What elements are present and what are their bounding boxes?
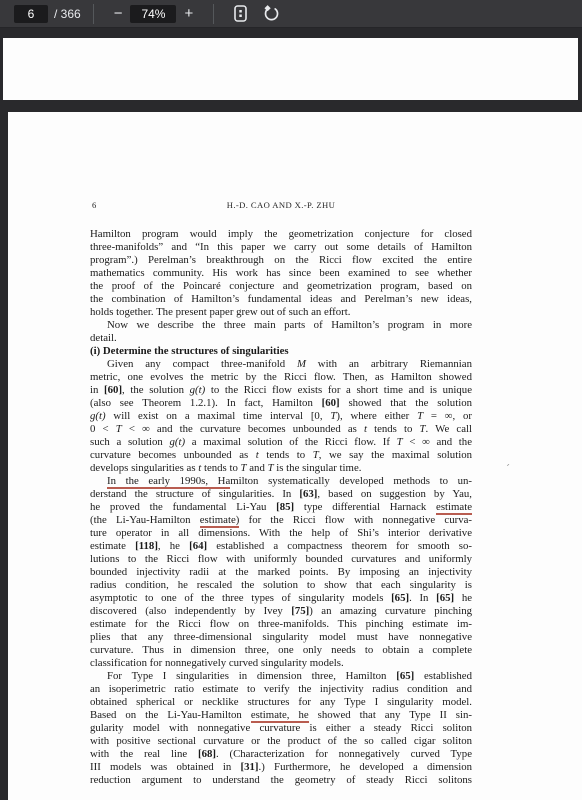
text-line: curvature. Thus in dimension three, one … bbox=[90, 644, 472, 657]
text-line: Based on the Li-Yau-Hamilton estimate, h… bbox=[90, 709, 472, 722]
text-line: g(t) will exist on a maximal time interv… bbox=[90, 410, 472, 423]
red-underline-annotation: estimate) bbox=[200, 514, 240, 528]
previous-page-sliver bbox=[3, 38, 578, 100]
pdf-toolbar: / 366 − + bbox=[0, 0, 582, 28]
text-line: (the Li-Yau-Hamilton estimate) for the R… bbox=[90, 514, 472, 527]
pdf-page: 6 H.-D. CAO AND X.-P. ZHU Hamilton progr… bbox=[8, 112, 582, 800]
text-line: radius condition, he rescaled the soluti… bbox=[90, 579, 472, 592]
text-line: (also see Theorem 1.2.1). In fact, Hamil… bbox=[90, 397, 472, 410]
text-line: detail. bbox=[90, 332, 472, 345]
text-line: derstand the structure of singularities.… bbox=[90, 488, 472, 501]
section-heading: (i) Determine the structures of singular… bbox=[90, 345, 472, 358]
text-line: asymptotic to one of the three types of … bbox=[90, 592, 472, 605]
zoom-level-input[interactable] bbox=[130, 5, 176, 23]
text-line: with positive sectional curvature or the… bbox=[90, 735, 472, 748]
text-line: Given any compact three-manifold M with … bbox=[90, 358, 472, 371]
text-line: III models was obtained in [31].) Furthe… bbox=[90, 761, 472, 774]
text-line: such a solution g(t) a maximal solution … bbox=[90, 436, 472, 449]
rotate-ccw-icon bbox=[263, 5, 280, 22]
document-lines: Hamilton program would imply the geometr… bbox=[90, 228, 472, 787]
text-line: For Type I singularities in dimension th… bbox=[90, 670, 472, 683]
text-line: Hamilton program would imply the geometr… bbox=[90, 228, 472, 241]
text-line: In the early 1990s, Hamilton systematica… bbox=[90, 475, 472, 488]
fit-to-page-icon bbox=[234, 5, 247, 22]
text-line: metric, one evolves the metric by the Ri… bbox=[90, 371, 472, 384]
text-line: in [60], the solution g(t) to the Ricci … bbox=[90, 384, 472, 397]
text-line: ture operator in all dimensions. With th… bbox=[90, 527, 472, 540]
rotate-button[interactable] bbox=[255, 1, 288, 26]
page-number-input[interactable] bbox=[14, 5, 48, 23]
margin-pen-mark: ′ bbox=[504, 462, 510, 475]
page-header: 6 H.-D. CAO AND X.-P. ZHU bbox=[90, 200, 472, 212]
text-line: an isoperimetric ratio estimate to verif… bbox=[90, 683, 472, 696]
zoom-in-button[interactable]: + bbox=[176, 2, 201, 25]
header-running-title: H.-D. CAO AND X.-P. ZHU bbox=[90, 200, 472, 210]
text-line: program”.) Perelman’s breakthrough on th… bbox=[90, 254, 472, 267]
text-line: develops singularities as t tends to T a… bbox=[90, 462, 472, 475]
red-underline-annotation: estimate, he bbox=[251, 709, 309, 723]
text-line: reduction argument to understand the geo… bbox=[90, 774, 472, 787]
text-line: classification for nonnegatively curved … bbox=[90, 657, 472, 670]
fit-page-button[interactable] bbox=[226, 1, 255, 26]
pdf-viewport[interactable]: 6 H.-D. CAO AND X.-P. ZHU Hamilton progr… bbox=[0, 28, 582, 800]
text-line: gularity model with nonnegative curvatur… bbox=[90, 722, 472, 735]
text-line: three-manifolds” and “In this paper we c… bbox=[90, 241, 472, 254]
toolbar-divider bbox=[213, 4, 214, 24]
text-line: curvature becomes unbounded as t tends t… bbox=[90, 449, 472, 462]
text-line: 0 < T < ∞ and the curvature becomes unbo… bbox=[90, 423, 472, 436]
text-line: holds together. The present paper grew o… bbox=[90, 306, 472, 319]
text-line: plies that any three-dimensional singula… bbox=[90, 631, 472, 644]
text-line: bounded injectivity radii at the marked … bbox=[90, 566, 472, 579]
text-line: estimate for the Ricci flow on three-man… bbox=[90, 618, 472, 631]
zoom-out-button[interactable]: − bbox=[106, 2, 131, 25]
text-line: obtained spherical or necklike structure… bbox=[90, 696, 472, 709]
text-line: he proved the fundamental Li-Yau [85] ty… bbox=[90, 501, 472, 514]
text-line: mathematics community. His work has sinc… bbox=[90, 267, 472, 280]
text-line: with the real line [68]. (Characterizati… bbox=[90, 748, 472, 761]
text-line: estimate [118], he [64] established a co… bbox=[90, 540, 472, 553]
text-line: discovered (also independently by Ivey [… bbox=[90, 605, 472, 618]
text-line: the proof of the Poincaré conjecture and… bbox=[90, 280, 472, 293]
red-underline-annotation: estimate bbox=[436, 501, 472, 515]
text-line: the combination of Hamilton’s fundamenta… bbox=[90, 293, 472, 306]
text-line: Now we describe the three main parts of … bbox=[90, 319, 472, 332]
red-underline-annotation: In the early 1990s, Ha bbox=[107, 475, 230, 489]
toolbar-divider bbox=[93, 4, 94, 24]
page-count-label: / 366 bbox=[54, 7, 81, 21]
text-line: lutions to the Ricci flow with uniformly… bbox=[90, 553, 472, 566]
